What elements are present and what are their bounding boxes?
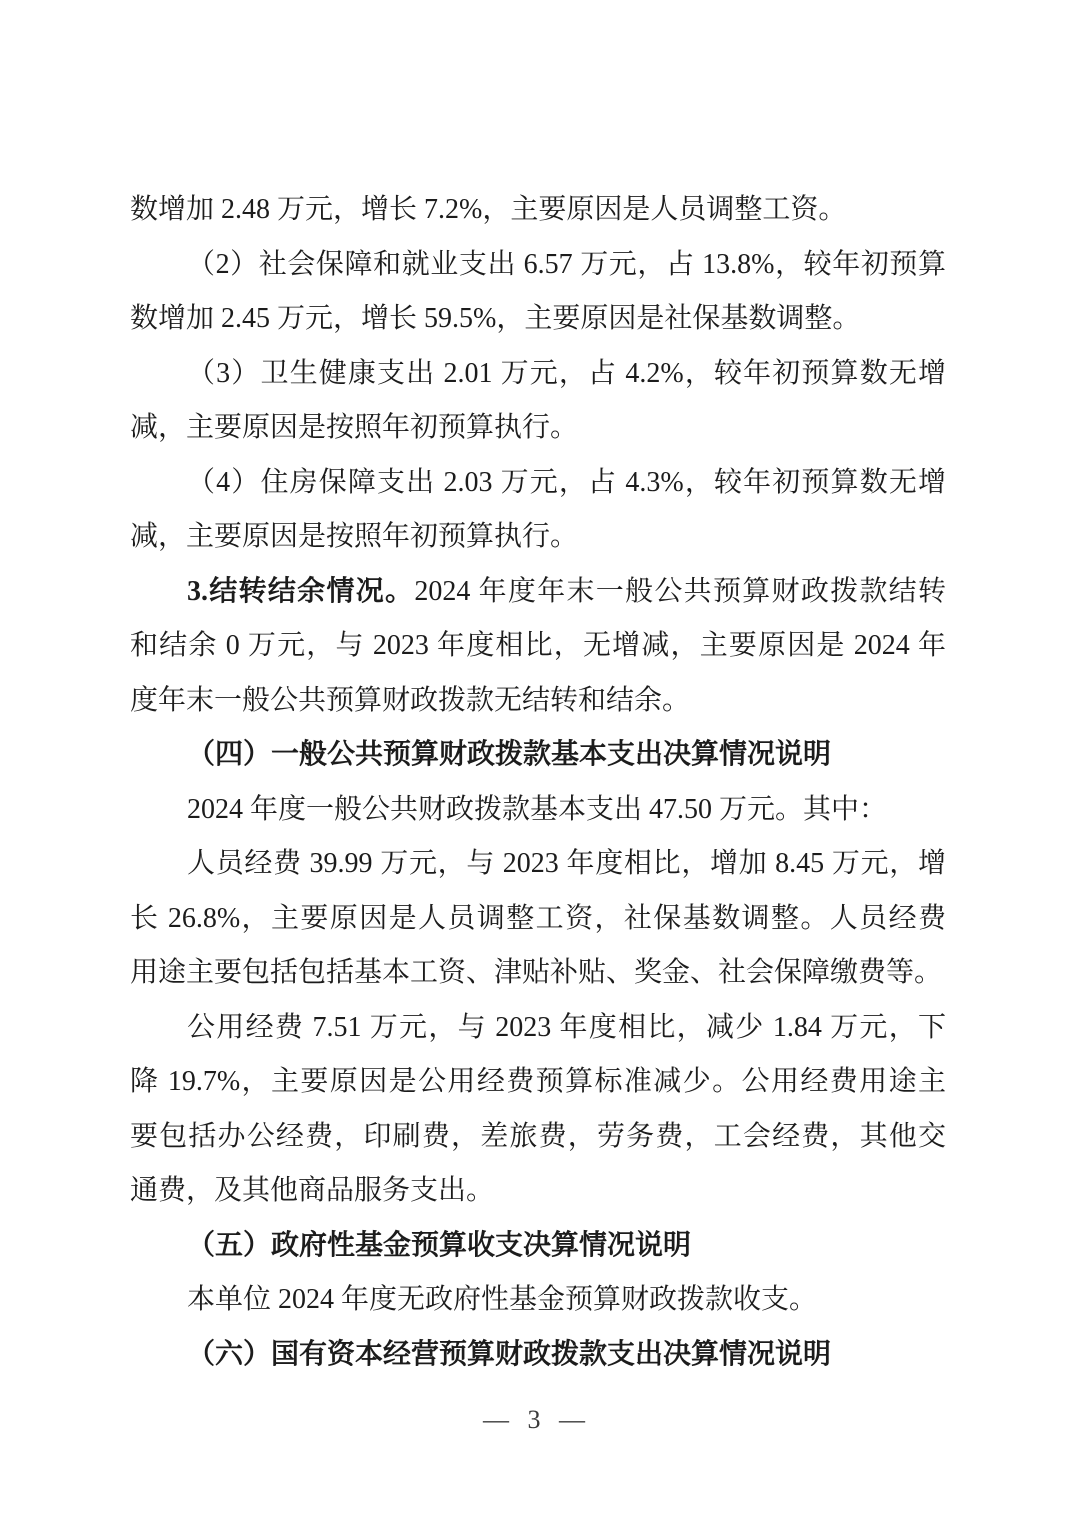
- document-page: 数增加 2.48 万元，增长 7.2%，主要原因是人员调整工资。（2）社会保障和…: [0, 0, 1074, 1520]
- text-line: （4）住房保障支出 2.03 万元，占 4.3%，较年初预算数无增: [130, 456, 946, 511]
- text-line: 度年末一般公共预算财政拨款无结转和结余。: [130, 674, 946, 729]
- text-line: 3.结转结余情况。2024 年度年末一般公共预算财政拨款结转: [130, 565, 946, 620]
- text-run: 长 26.8%，主要原因是人员调整工资，社保基数调整。人员经费: [130, 903, 946, 934]
- text-run: 数增加 2.45 万元，增长 59.5%，主要原因是社保基数调整。: [130, 303, 860, 334]
- text-run: （六）国有资本经营预算财政拨款支出决算情况说明: [187, 1339, 831, 1370]
- text-line: 和结余 0 万元，与 2023 年度相比，无增减，主要原因是 2024 年: [130, 619, 946, 674]
- text-line: 通费，及其他商品服务支出。: [130, 1164, 946, 1219]
- text-run: 降 19.7%，主要原因是公用经费预算标准减少。公用经费用途主: [130, 1066, 946, 1097]
- text-run: （2）社会保障和就业支出 6.57 万元，占 13.8%，较年初预算: [187, 249, 946, 280]
- page-footer: — 3 —: [0, 1398, 1074, 1442]
- text-run: 用途主要包括包括基本工资、津贴补贴、奖金、社会保障缴费等。: [130, 957, 942, 988]
- text-run: 数增加 2.48 万元，增长 7.2%，主要原因是人员调整工资。: [130, 194, 846, 225]
- text-run: 人员经费 39.99 万元，与 2023 年度相比，增加 8.45 万元，增: [187, 848, 946, 879]
- text-line: 用途主要包括包括基本工资、津贴补贴、奖金、社会保障缴费等。: [130, 946, 946, 1001]
- text-line: 长 26.8%，主要原因是人员调整工资，社保基数调整。人员经费: [130, 892, 946, 947]
- section-heading: （六）国有资本经营预算财政拨款支出决算情况说明: [130, 1328, 946, 1383]
- text-line: 减，主要原因是按照年初预算执行。: [130, 401, 946, 456]
- text-line: 本单位 2024 年度无政府性基金预算财政拨款收支。: [130, 1273, 946, 1328]
- text-run: （3）卫生健康支出 2.01 万元，占 4.2%，较年初预算数无增: [187, 358, 946, 389]
- text-line: 要包括办公经费，印刷费，差旅费，劳务费，工会经费，其他交: [130, 1110, 946, 1165]
- text-run: （四）一般公共预算财政拨款基本支出决算情况说明: [187, 739, 831, 770]
- text-line: （3）卫生健康支出 2.01 万元，占 4.2%，较年初预算数无增: [130, 347, 946, 402]
- text-run: （4）住房保障支出 2.03 万元，占 4.3%，较年初预算数无增: [187, 467, 946, 498]
- text-run: 公用经费 7.51 万元，与 2023 年度相比，减少 1.84 万元，下: [187, 1012, 946, 1043]
- text-line: 数增加 2.48 万元，增长 7.2%，主要原因是人员调整工资。: [130, 183, 946, 238]
- text-run: 减，主要原因是按照年初预算执行。: [130, 412, 578, 443]
- text-line: 2024 年度一般公共财政拨款基本支出 47.50 万元。其中：: [130, 783, 946, 838]
- text-run: 2024 年度年末一般公共预算财政拨款结转: [414, 576, 946, 607]
- text-run: 通费，及其他商品服务支出。: [130, 1175, 494, 1206]
- text-run: 要包括办公经费，印刷费，差旅费，劳务费，工会经费，其他交: [130, 1121, 946, 1152]
- text-run: 度年末一般公共预算财政拨款无结转和结余。: [130, 685, 690, 716]
- text-run: （五）政府性基金预算收支决算情况说明: [187, 1230, 691, 1261]
- document-body: 数增加 2.48 万元，增长 7.2%，主要原因是人员调整工资。（2）社会保障和…: [130, 183, 946, 1382]
- text-line: 减，主要原因是按照年初预算执行。: [130, 510, 946, 565]
- section-heading: （四）一般公共预算财政拨款基本支出决算情况说明: [130, 728, 946, 783]
- page-number: — 3 —: [483, 1405, 591, 1434]
- text-run: 本单位 2024 年度无政府性基金预算财政拨款收支。: [187, 1284, 817, 1315]
- text-line: 公用经费 7.51 万元，与 2023 年度相比，减少 1.84 万元，下: [130, 1001, 946, 1056]
- text-run: 减，主要原因是按照年初预算执行。: [130, 521, 578, 552]
- section-heading: （五）政府性基金预算收支决算情况说明: [130, 1219, 946, 1274]
- text-line: （2）社会保障和就业支出 6.57 万元，占 13.8%，较年初预算: [130, 238, 946, 293]
- text-line: 数增加 2.45 万元，增长 59.5%，主要原因是社保基数调整。: [130, 292, 946, 347]
- text-line: 降 19.7%，主要原因是公用经费预算标准减少。公用经费用途主: [130, 1055, 946, 1110]
- text-line: 人员经费 39.99 万元，与 2023 年度相比，增加 8.45 万元，增: [130, 837, 946, 892]
- text-run: 2024 年度一般公共财政拨款基本支出 47.50 万元。其中：: [187, 794, 887, 825]
- text-run: 和结余 0 万元，与 2023 年度相比，无增减，主要原因是 2024 年: [130, 630, 946, 661]
- text-run: 3.结转结余情况。: [187, 576, 414, 607]
